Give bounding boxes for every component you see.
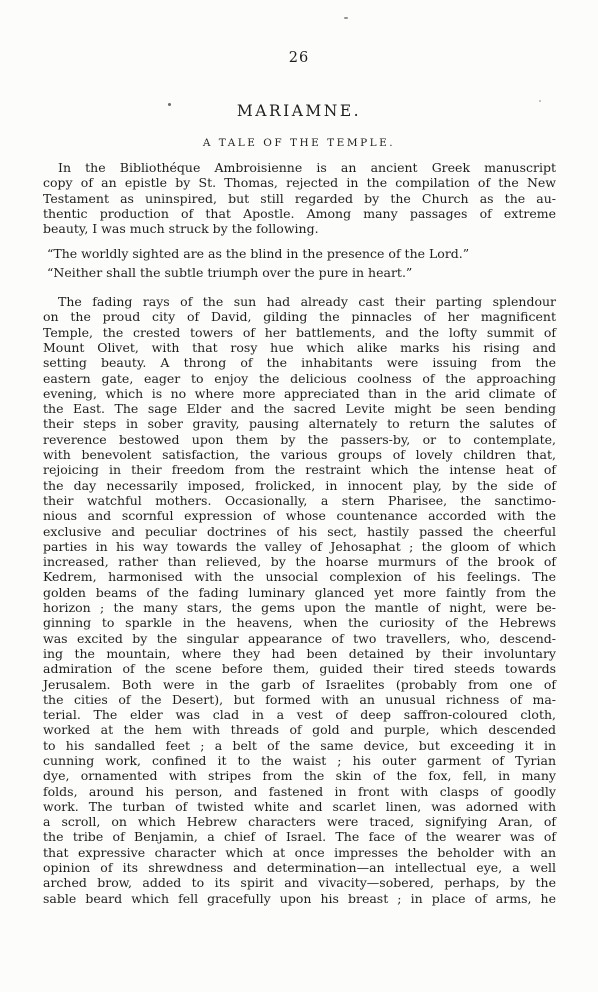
paragraph-intro: In the Bibliothéque Ambroisienne is an a… xyxy=(43,160,556,236)
text-line: terial. The elder was clad in a vest of … xyxy=(43,707,556,722)
page-title: MARIAMNE. xyxy=(0,102,598,120)
text-line: eastern gate, eager to enjoy the delicio… xyxy=(43,371,556,386)
text-line: The fading rays of the sun had already c… xyxy=(43,294,556,309)
book-page: 26 MARIAMNE. A TALE OF THE TEMPLE. In th… xyxy=(0,0,598,992)
text-line: Kedrem, harmonised with the unsocial com… xyxy=(43,569,556,584)
text-line: reverence bestowed upon them by the pass… xyxy=(43,432,556,447)
text-line: ginning to sparkle in the heavens, when … xyxy=(43,615,556,630)
text-line: beauty, I was much struck by the followi… xyxy=(43,221,556,236)
text-line: that expressive character which at once … xyxy=(43,845,556,860)
text-line: with benevolent satisfaction, the variou… xyxy=(43,447,556,462)
text-line: “The worldly sighted are as the blind in… xyxy=(47,245,556,264)
text-line: Temple, the crested towers of her battle… xyxy=(43,325,556,340)
text-line: cunning work, confined it to the waist ;… xyxy=(43,753,556,768)
text-line: setting beauty. A throng of the inhabita… xyxy=(43,355,556,370)
text-line: sable beard which fell gracefully upon h… xyxy=(43,891,556,906)
text-line: folds, around his person, and fastened i… xyxy=(43,784,556,799)
text-line: ing the mountain, where they had been de… xyxy=(43,646,556,661)
text-line: the tribe of Benjamin, a chief of Israel… xyxy=(43,829,556,844)
text-line: on the proud city of David, gilding the … xyxy=(43,309,556,324)
text-line: opinion of its shrewdness and determinat… xyxy=(43,860,556,875)
text-line: golden beams of the fading luminary glan… xyxy=(43,585,556,600)
page-subtitle: A TALE OF THE TEMPLE. xyxy=(0,137,598,149)
text-line: evening, which is no where more apprecia… xyxy=(43,386,556,401)
text-line: arched brow, added to its spirit and viv… xyxy=(43,875,556,890)
text-line: Mount Olivet, with that rosy hue which a… xyxy=(43,340,556,355)
text-line: Testament as uninspired, but still regar… xyxy=(43,191,556,206)
scan-speck xyxy=(539,100,541,102)
text-line: copy of an epistle by St. Thomas, reject… xyxy=(43,175,556,190)
text-line: increased, rather than relieved, by the … xyxy=(43,554,556,569)
text-line: work. The turban of twisted white and sc… xyxy=(43,799,556,814)
text-line: parties in his way towards the valley of… xyxy=(43,539,556,554)
scan-speck xyxy=(168,103,171,106)
text-line: exclusive and peculiar doctrines of his … xyxy=(43,524,556,539)
text-line: dye, ornamented with stripes from the sk… xyxy=(43,768,556,783)
text-line: nious and scornful expression of whose c… xyxy=(43,508,556,523)
text-line: was excited by the singular appearance o… xyxy=(43,631,556,646)
text-line: their steps in sober gravity, pausing al… xyxy=(43,416,556,431)
scan-speck xyxy=(344,17,348,19)
text-line: thentic production of that Apostle. Amon… xyxy=(43,206,556,221)
text-line: In the Bibliothéque Ambroisienne is an a… xyxy=(43,160,556,175)
text-line: “Neither shall the subtle triumph over t… xyxy=(47,264,556,283)
text-line: a scroll, on which Hebrew characters wer… xyxy=(43,814,556,829)
paragraph-narrative: The fading rays of the sun had already c… xyxy=(43,294,556,906)
text-line: horizon ; the many stars, the gems upon … xyxy=(43,600,556,615)
text-line: the cities of the Desert), but formed wi… xyxy=(43,692,556,707)
text-line: rejoicing in their freedom from the rest… xyxy=(43,462,556,477)
text-line: the East. The sage Elder and the sacred … xyxy=(43,401,556,416)
text-line: to his sandalled feet ; a belt of the sa… xyxy=(43,738,556,753)
body-text: In the Bibliothéque Ambroisienne is an a… xyxy=(43,160,556,906)
epigraph-quotes: “The worldly sighted are as the blind in… xyxy=(43,245,556,283)
text-line: Jerusalem. Both were in the garb of Isra… xyxy=(43,677,556,692)
text-line: admiration of the scene before them, gui… xyxy=(43,661,556,676)
text-line: their watchful mothers. Occasionally, a … xyxy=(43,493,556,508)
page-number: 26 xyxy=(0,50,598,66)
text-line: the day necessarily imposed, frolicked, … xyxy=(43,478,556,493)
text-line: worked at the hem with threads of gold a… xyxy=(43,722,556,737)
